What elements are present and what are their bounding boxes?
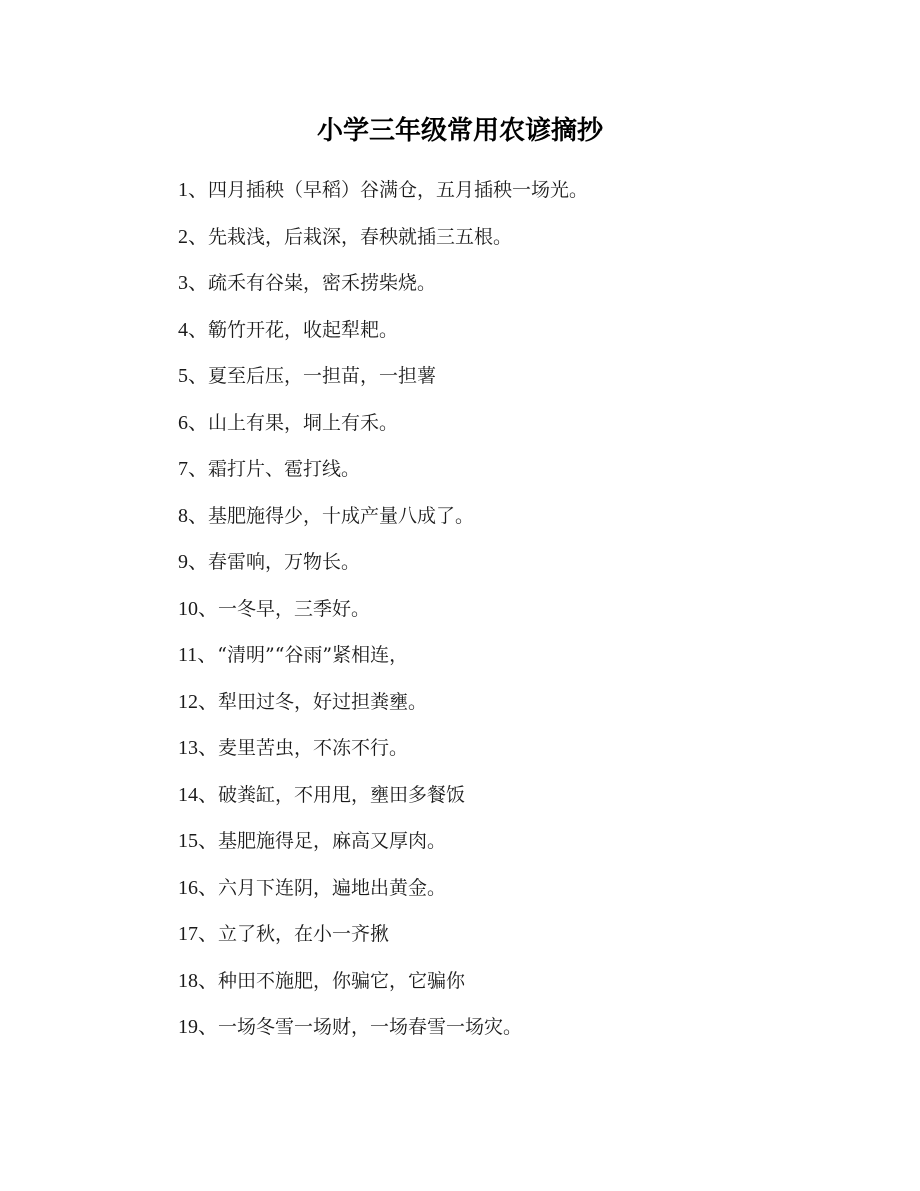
proverb-text: 麦里苦虫，不冻不行。	[218, 737, 408, 759]
proverb-text: 霜打片、雹打线。	[208, 458, 360, 480]
proverb-number: 18、	[178, 970, 218, 992]
proverb-number: 10、	[178, 598, 218, 620]
proverb-text: 山上有果，垌上有禾。	[208, 412, 398, 434]
proverb-number: 4、	[178, 319, 208, 341]
proverb-number: 7、	[178, 458, 208, 480]
proverb-text: “清明”“谷雨”紧相连，	[217, 644, 408, 666]
proverb-number: 3、	[178, 272, 208, 294]
proverb-item: 10、一冬早，三季好。	[178, 593, 588, 640]
proverb-text: 六月下连阴，遍地出黄金。	[218, 877, 446, 899]
proverb-number: 8、	[178, 505, 208, 527]
proverb-item: 2、先栽浅，后栽深，春秧就插三五根。	[178, 221, 588, 268]
proverb-item: 3、疏禾有谷粜，密禾捞柴烧。	[178, 267, 588, 314]
proverb-item: 18、种田不施肥，你骗它，它骗你	[178, 965, 588, 1012]
proverb-text: 疏禾有谷粜，密禾捞柴烧。	[208, 272, 436, 294]
proverb-item: 14、破粪缸，不用甩，壅田多餐饭	[178, 779, 588, 826]
proverb-text: 春雷响，万物长。	[208, 551, 360, 573]
proverb-text: 一冬早，三季好。	[218, 598, 370, 620]
proverb-text: 先栽浅，后栽深，春秧就插三五根。	[208, 226, 512, 248]
proverb-text: 犁田过冬，好过担粪壅。	[218, 691, 427, 713]
proverb-item: 8、基肥施得少，十成产量八成了。	[178, 500, 588, 547]
proverb-text: 基肥施得足，麻高又厚肉。	[218, 830, 446, 852]
proverb-item: 19、一场冬雪一场财，一场春雪一场灾。	[178, 1011, 588, 1058]
proverb-item: 9、春雷响，万物长。	[178, 546, 588, 593]
proverb-list: 1、四月插秧（早稻）谷满仓，五月插秧一场光。 2、先栽浅，后栽深，春秧就插三五根…	[178, 174, 588, 1058]
proverb-item: 7、霜打片、雹打线。	[178, 453, 588, 500]
proverb-item: 4、簕竹开花，收起犁耙。	[178, 314, 588, 361]
proverb-number: 13、	[178, 737, 218, 759]
document-title: 小学三年级常用农谚摘抄	[0, 113, 920, 149]
proverb-number: 9、	[178, 551, 208, 573]
proverb-text: 基肥施得少，十成产量八成了。	[208, 505, 474, 527]
proverb-text: 一场冬雪一场财，一场春雪一场灾。	[218, 1016, 522, 1038]
proverb-number: 14、	[178, 784, 218, 806]
proverb-number: 16、	[178, 877, 218, 899]
proverb-number: 12、	[178, 691, 218, 713]
proverb-item: 11、“清明”“谷雨”紧相连，	[178, 639, 588, 686]
proverb-number: 17、	[178, 923, 218, 945]
proverb-number: 19、	[178, 1016, 218, 1038]
proverb-text: 夏至后压，一担苗，一担薯	[208, 365, 436, 387]
proverb-item: 12、犁田过冬，好过担粪壅。	[178, 686, 588, 733]
proverb-item: 1、四月插秧（早稻）谷满仓，五月插秧一场光。	[178, 174, 588, 221]
proverb-text: 立了秋，在小一齐揪	[218, 923, 389, 945]
proverb-text: 四月插秧（早稻）谷满仓，五月插秧一场光。	[208, 179, 588, 201]
proverb-number: 6、	[178, 412, 208, 434]
proverb-item: 13、麦里苦虫，不冻不行。	[178, 732, 588, 779]
proverb-number: 11、	[178, 644, 217, 666]
proverb-text: 破粪缸，不用甩，壅田多餐饭	[218, 784, 465, 806]
proverb-item: 6、山上有果，垌上有禾。	[178, 407, 588, 454]
proverb-number: 2、	[178, 226, 208, 248]
proverb-text: 种田不施肥，你骗它，它骗你	[218, 970, 465, 992]
proverb-number: 1、	[178, 179, 208, 201]
proverb-item: 16、六月下连阴，遍地出黄金。	[178, 872, 588, 919]
proverb-text: 簕竹开花，收起犁耙。	[208, 319, 398, 341]
document-page: 小学三年级常用农谚摘抄 1、四月插秧（早稻）谷满仓，五月插秧一场光。 2、先栽浅…	[0, 0, 920, 1191]
proverb-number: 5、	[178, 365, 208, 387]
proverb-item: 17、立了秋，在小一齐揪	[178, 918, 588, 965]
proverb-item: 15、基肥施得足，麻高又厚肉。	[178, 825, 588, 872]
proverb-item: 5、夏至后压，一担苗，一担薯	[178, 360, 588, 407]
proverb-number: 15、	[178, 830, 218, 852]
